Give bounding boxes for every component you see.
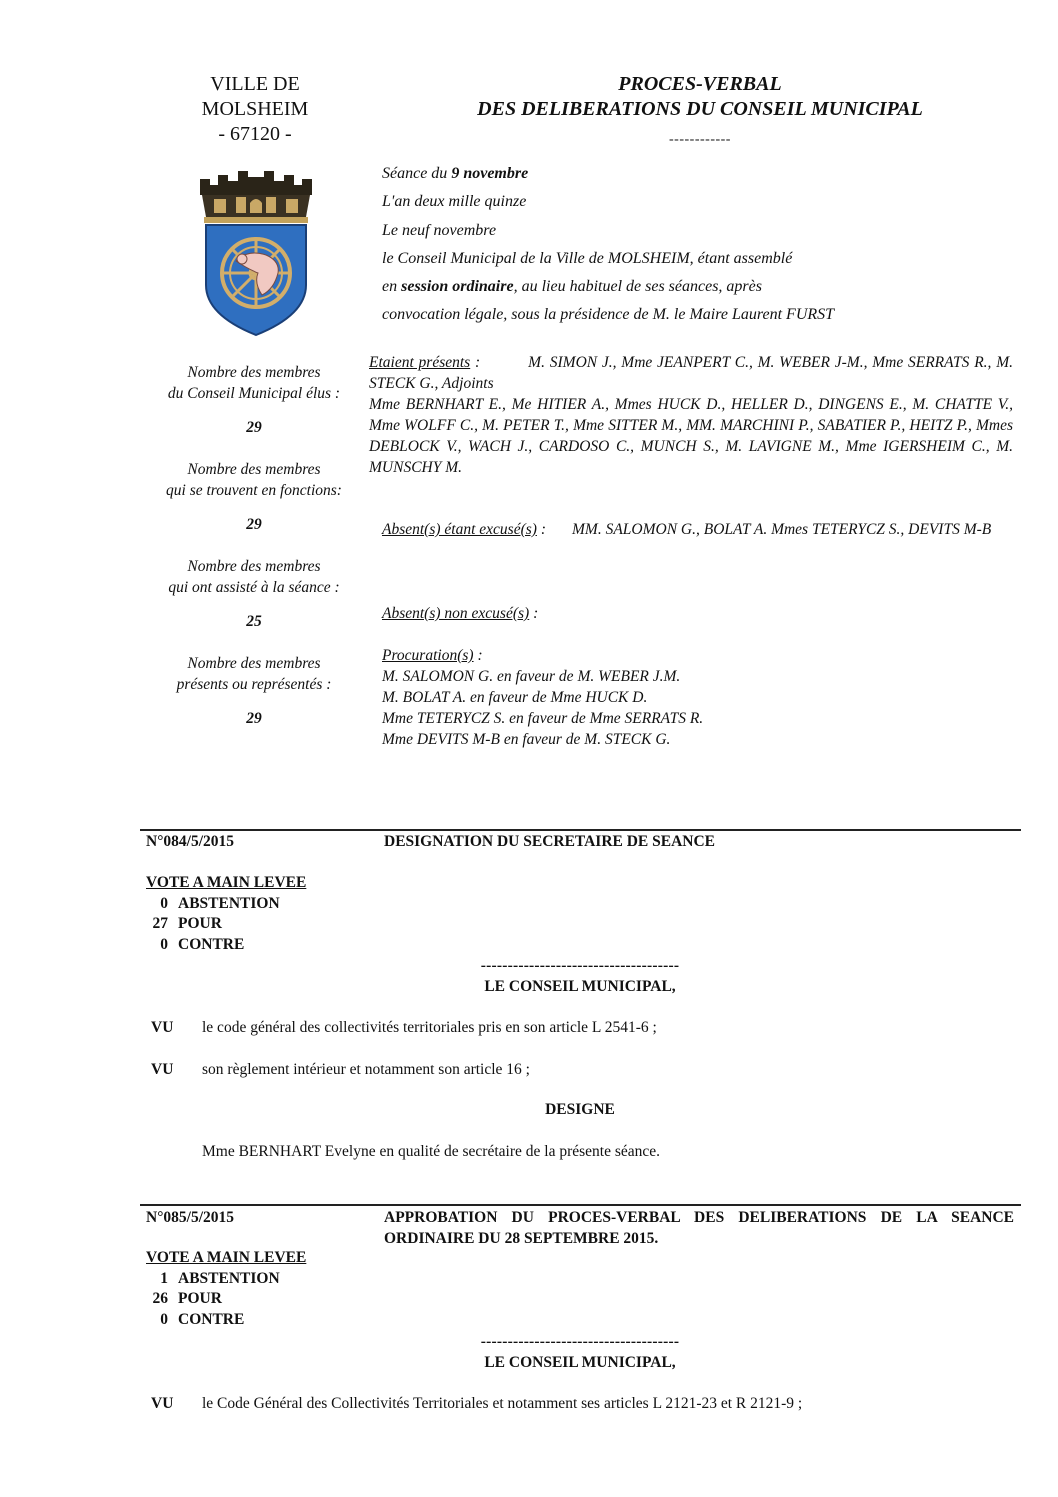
vote-abstention: 1ABSTENTION [146,1269,306,1290]
vote-pour: 27POUR [146,914,306,935]
stat-value: 29 [145,417,363,438]
deliberation-number: N°084/5/2015 [146,831,234,852]
vote-abstention: 0ABSTENTION [146,894,306,915]
stat-label: Nombre des membres [145,459,363,480]
procurations-section: Procuration(s) : M. SALOMON G. en faveur… [382,645,1014,750]
vu-text: le code général des collectivités territ… [202,1017,657,1038]
vote-contre: 0CONTRE [146,1310,306,1331]
stat-en-fonctions: Nombre des membres qui se trouvent en fo… [145,459,363,535]
procurations-colon: : [474,647,483,664]
vote-label: POUR [178,914,222,935]
seance-date: 9 novembre [451,165,528,182]
vote-label: ABSTENTION [178,894,280,915]
stat-value: 29 [145,514,363,535]
vote-count: 0 [146,1310,168,1331]
vu-item: VU le code général des collectivités ter… [151,1017,657,1038]
section-divider [140,1204,1021,1206]
stat-assistes: Nombre des membres qui ont assisté à la … [145,556,363,632]
deliberation-title: APPROBATION DU PROCES-VERBAL DES DELIBER… [384,1207,1014,1249]
town-line: MOLSHEIM [150,97,360,122]
seance-convocation-line: convocation légale, sous la présidence d… [382,301,1022,329]
vote-label: ABSTENTION [178,1269,280,1290]
seance-session-line: en session ordinaire, au lieu habituel d… [382,273,1022,301]
title-separator: ------------ [380,132,1020,148]
decision-heading: DESIGNE [380,1101,780,1119]
vote-contre: 0CONTRE [146,935,306,956]
vote-label: POUR [178,1289,222,1310]
presents-label: Etaient présents [369,354,470,371]
seance-day-line: Le neuf novembre [382,217,1022,245]
seance-session-suffix: , au lieu habituel de ses séances, après [514,278,762,295]
stat-label: du Conseil Municipal élus : [145,383,363,404]
presents-section: Etaient présents :M. SIMON J., Mme JEANP… [369,352,1013,478]
excuses-label: Absent(s) étant excusé(s) [382,521,537,538]
vu-key: VU [151,1393,202,1414]
excuses-colon: : [537,521,546,538]
vu-text: son règlement intérieur et notamment son… [202,1059,530,1080]
vote-block: VOTE A MAIN LEVEE 1ABSTENTION 26POUR 0CO… [146,1248,306,1330]
vote-label: CONTRE [178,1310,244,1331]
seance-block: Séance du 9 novembre L'an deux mille qui… [382,160,1022,330]
stat-value: 29 [145,708,363,729]
procuration-item: Mme DEVITS M-B en faveur de M. STECK G. [382,729,1014,750]
vote-pour: 26POUR [146,1289,306,1310]
vu-key: VU [151,1017,202,1038]
council-label: LE CONSEIL MUNICIPAL, [380,1352,780,1373]
stat-label: qui se trouvent en fonctions: [145,480,363,501]
vote-count: 0 [146,894,168,915]
town-line: - 67120 - [150,122,360,147]
deliberation-number: N°085/5/2015 [146,1207,234,1228]
vote-block: VOTE A MAIN LEVEE 0ABSTENTION 27POUR 0CO… [146,873,306,955]
vote-count: 0 [146,935,168,956]
procuration-item: M. SALOMON G. en faveur de M. WEBER J.M. [382,666,1014,687]
town-line: VILLE DE [150,72,360,97]
council-separator: ------------------------------------- [380,1331,780,1352]
vu-key: VU [151,1059,202,1080]
coat-of-arms-icon [196,165,316,337]
non-excuses-label: Absent(s) non excusé(s) [382,605,529,622]
vote-count: 1 [146,1269,168,1290]
decision-text: Mme BERNHART Evelyne en qualité de secré… [202,1143,660,1161]
vote-label: CONTRE [178,935,244,956]
seance-date-line: Séance du 9 novembre [382,160,1022,188]
document-title: PROCES-VERBAL DES DELIBERATIONS DU CONSE… [380,72,1020,122]
seance-council-line: le Conseil Municipal de la Ville de MOLS… [382,245,1022,273]
title-line: DES DELIBERATIONS DU CONSEIL MUNICIPAL [380,97,1020,122]
vu-text: le Code Général des Collectivités Territ… [202,1393,802,1414]
stat-label: qui ont assisté à la séance : [145,577,363,598]
council-label: LE CONSEIL MUNICIPAL, [380,976,780,997]
procurations-label: Procuration(s) [382,647,474,664]
vote-count: 27 [146,914,168,935]
vu-item: VU son règlement intérieur et notamment … [151,1059,530,1080]
presents-members: Mme BERNHART E., Me HITIER A., Mmes HUCK… [369,394,1013,478]
stat-label: Nombre des membres [145,653,363,674]
stat-elus: Nombre des membres du Conseil Municipal … [145,362,363,438]
absents-non-excuses-section: Absent(s) non excusé(s) : [382,603,1014,624]
stat-label: présents ou représentés : [145,674,363,695]
session-type: session ordinaire [401,278,513,295]
procuration-item: M. BOLAT A. en faveur de Mme HUCK D. [382,687,1014,708]
vote-heading: VOTE A MAIN LEVEE [146,1248,306,1269]
stat-presents-representes: Nombre des membres présents ou représent… [145,653,363,729]
presents-colon: : [470,354,480,371]
non-excuses-colon: : [529,605,538,622]
absents-excuses-section: Absent(s) étant excusé(s) :MM. SALOMON G… [382,519,1014,540]
presents-adjoints: Etaient présents :M. SIMON J., Mme JEANP… [369,352,1013,394]
procuration-item: Mme TETERYCZ S. en faveur de Mme SERRATS… [382,708,1014,729]
council-heading: ------------------------------------- LE… [380,955,780,997]
stat-label: Nombre des membres [145,362,363,383]
vote-count: 26 [146,1289,168,1310]
stat-value: 25 [145,611,363,632]
member-stats: Nombre des membres du Conseil Municipal … [145,362,363,750]
vu-item: VU le Code Général des Collectivités Ter… [151,1393,802,1414]
council-heading: ------------------------------------- LE… [380,1331,780,1373]
excuses-names: MM. SALOMON G., BOLAT A. Mmes TETERYCZ S… [572,521,991,538]
stat-label: Nombre des membres [145,556,363,577]
title-line: PROCES-VERBAL [380,72,1020,97]
seance-year-line: L'an deux mille quinze [382,188,1022,216]
town-header: VILLE DE MOLSHEIM - 67120 - [150,72,360,147]
council-separator: ------------------------------------- [380,955,780,976]
deliberation-title: DESIGNATION DU SECRETAIRE DE SEANCE [384,831,1014,852]
seance-session-prefix: en [382,278,401,295]
seance-date-prefix: Séance du [382,165,451,182]
vote-heading: VOTE A MAIN LEVEE [146,873,306,894]
